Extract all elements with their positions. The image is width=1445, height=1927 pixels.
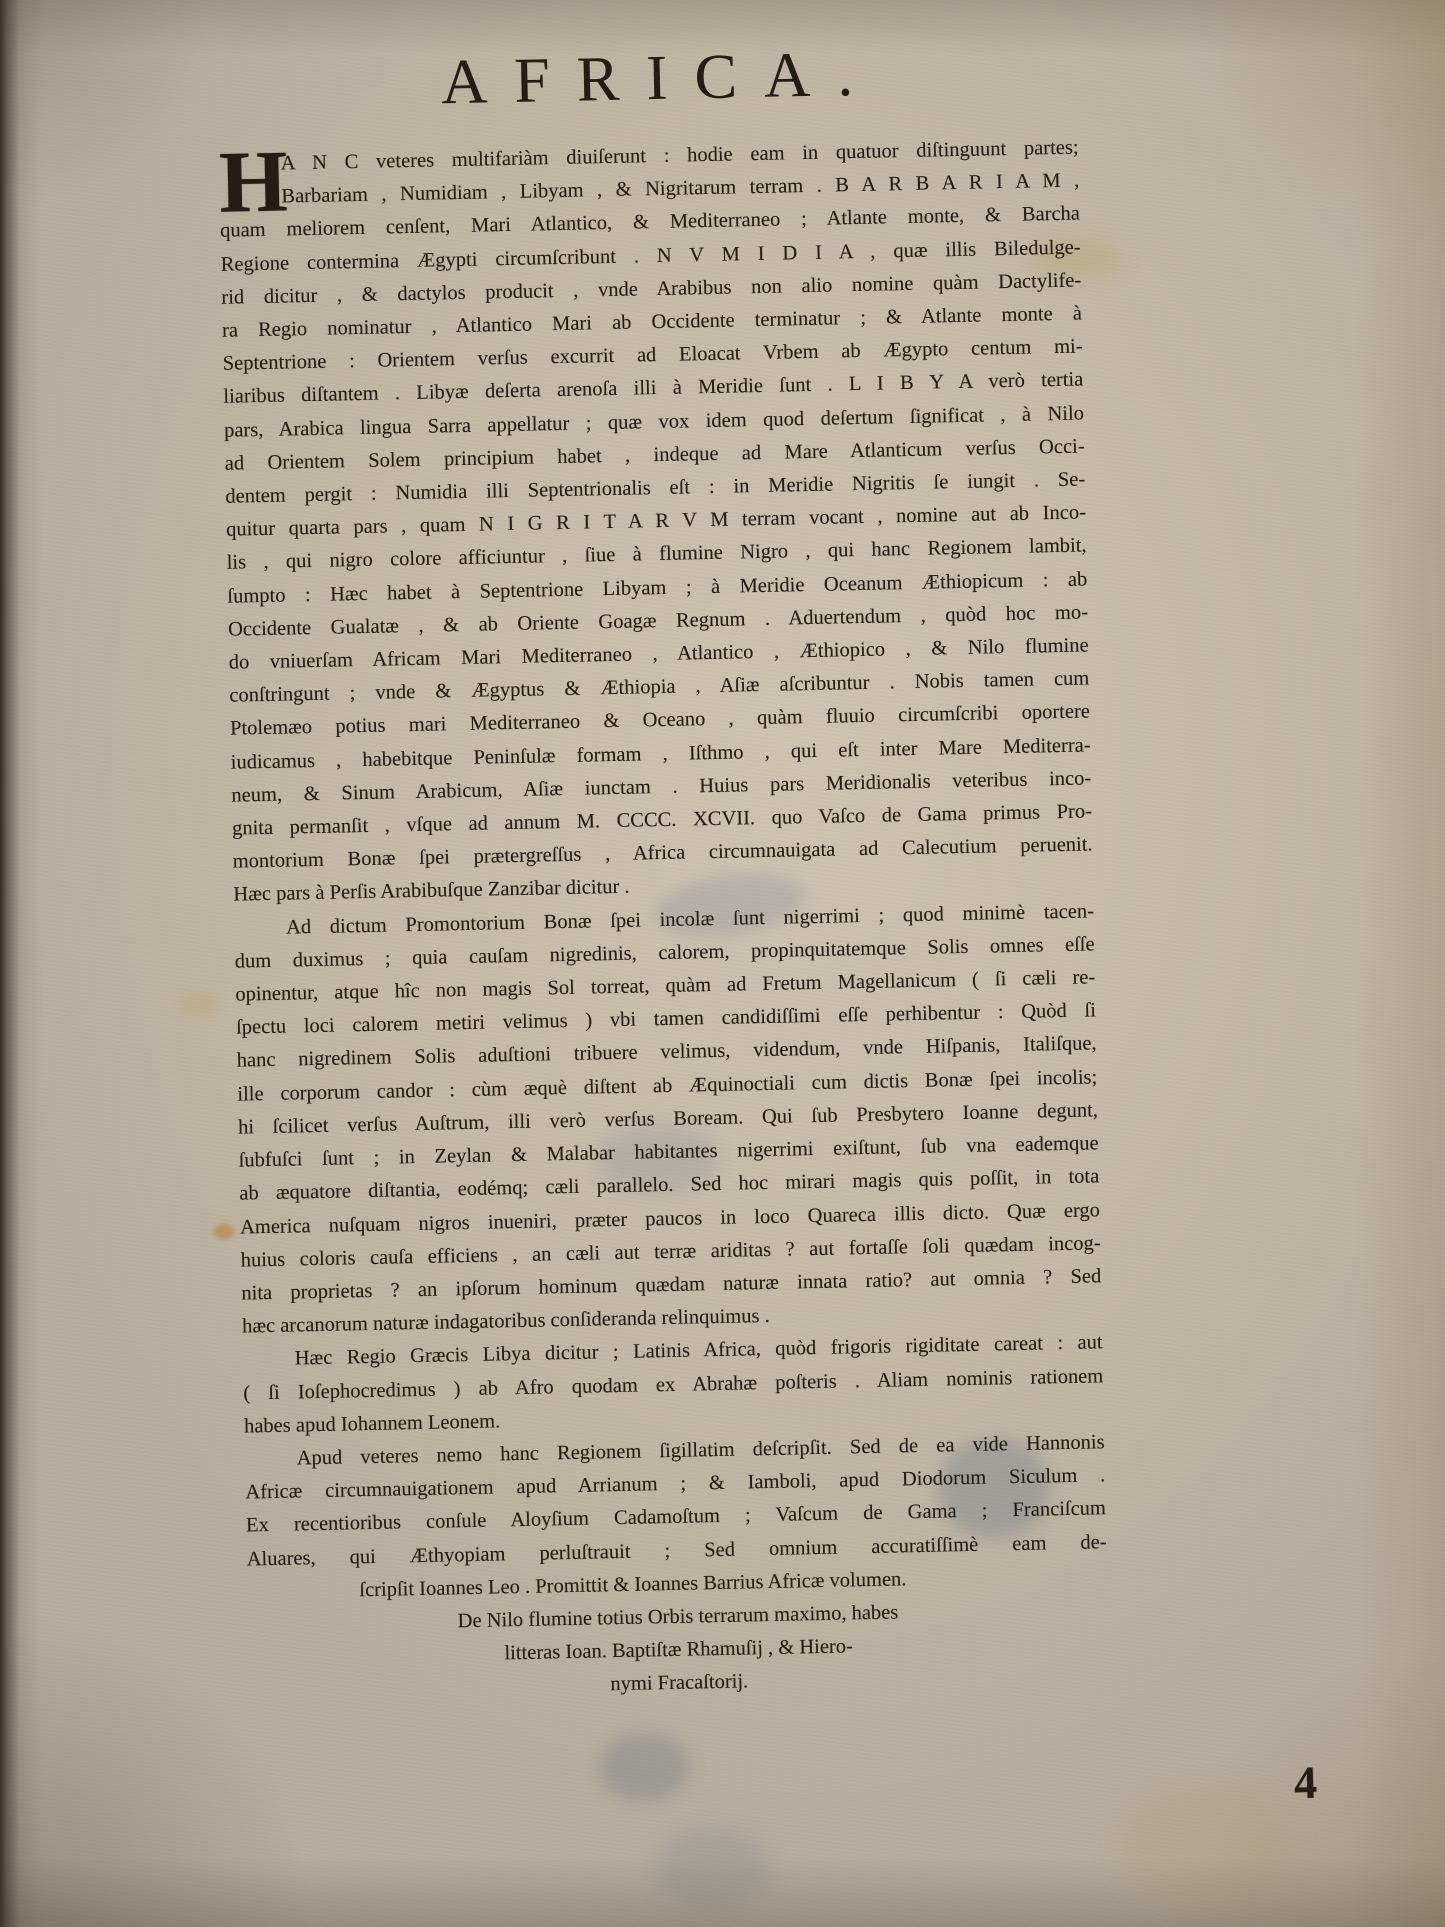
rust-spot: [213, 1224, 235, 1239]
page-title: AFRICA.: [216, 32, 1077, 125]
book-page: AFRICA. HA N C veteres multifariàm diuiſ…: [0, 0, 1445, 1927]
text-block: AFRICA. HA N C veteres multifariàm diuiſ…: [216, 32, 1109, 1709]
ink-stain: [598, 1732, 690, 1802]
paper-stain: [1120, 1786, 1290, 1906]
page-number: 4: [1293, 1756, 1318, 1810]
text-lines: HA N C veteres multifariàm diuiſerunt : …: [218, 132, 1109, 1709]
rust-spot: [178, 992, 220, 1016]
drop-cap: H: [218, 151, 275, 216]
ink-stain: [655, 1828, 770, 1908]
